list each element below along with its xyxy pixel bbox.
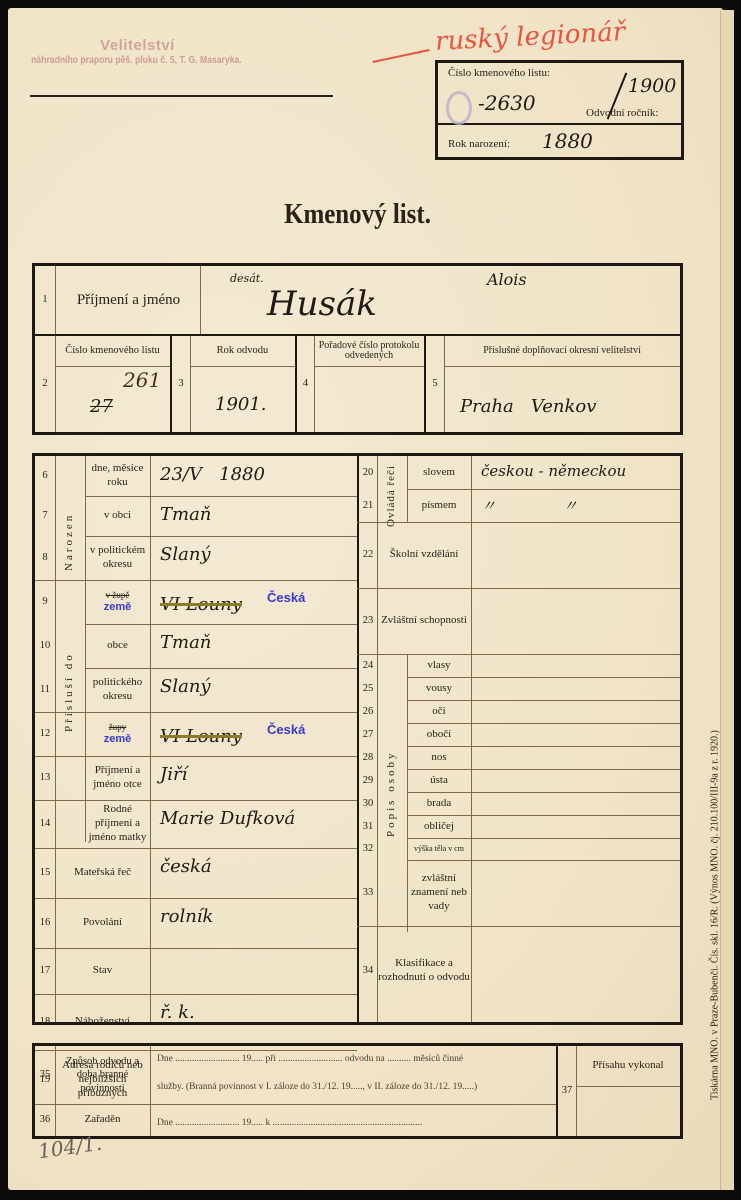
row-number: 34 [359, 926, 377, 1016]
field-label: Mateřská řeč [55, 848, 150, 898]
field-value: Slaný [160, 544, 211, 565]
row-number: 2 [35, 336, 55, 432]
field-value: Marie Dufková [160, 808, 295, 829]
rank-value: desát. [230, 272, 264, 285]
sheet-number-value: -2630 [478, 91, 536, 115]
command-stamp: Velitelství náhradního praporu pěš. pluk… [30, 38, 245, 66]
field-value: Slaný [160, 676, 211, 697]
struck-label: v župě [106, 590, 130, 601]
languages-group-label: Ovládá řeči [377, 456, 407, 536]
protocol-number-header: Pořadové číslo protokolu odvedených [314, 336, 424, 366]
field-value: rolník [160, 906, 213, 927]
field-value: česká [160, 856, 212, 877]
district-command-header: Příslušné doplňovací okresní velitelství [444, 336, 680, 366]
field-label: nos [407, 746, 471, 769]
description-group-label: Popis osoby [377, 656, 407, 932]
row-number: 9 [35, 580, 55, 624]
identity-table: 1 Příjmení a jméno desát. Husák Alois 2 … [32, 263, 683, 435]
row-number: 15 [35, 848, 55, 898]
belongs-group-label: Přísluší do [55, 628, 85, 756]
birth-year-label: Rok narození: [448, 138, 510, 150]
field-label: Příjmení a jméno otce [85, 756, 150, 800]
field-label: oči [407, 700, 471, 723]
field-label: politického okresu [85, 668, 150, 712]
district-command-cell: Praha Venkov [460, 396, 596, 417]
field-label: vousy [407, 677, 471, 700]
field-label: Náboženství [55, 994, 150, 1050]
row-number: 14 [35, 800, 55, 848]
surname-value: Husák [267, 284, 377, 324]
field-label: slovem [407, 456, 471, 489]
stamp-label: země [104, 733, 132, 747]
stamp-line-1: Velitelství [30, 38, 245, 55]
row-number: 26 [359, 700, 377, 723]
draft-year-label: Odvodní ročník: [586, 107, 658, 119]
row-number: 13 [35, 756, 55, 800]
field-label: vlasy [407, 654, 471, 677]
field-label: Zvláštní schopnosti [377, 588, 471, 654]
row-number: 4 [297, 336, 314, 432]
row-number: 31 [359, 815, 377, 838]
sheet-number-header: Číslo kmenového listu [55, 336, 170, 366]
field-label: Klasifikace a rozhodnutí o odvodu [377, 926, 471, 1016]
struck-label: župy [109, 722, 127, 733]
row-number: 23 [359, 588, 377, 654]
struck-value: VI Louny [160, 594, 242, 615]
row-number: 32 [359, 838, 377, 860]
assigned-label: Zařaděn [55, 1104, 150, 1136]
row-number: 7 [35, 496, 55, 536]
enlistment-table: 35 Způsob odvodu a doba branné povinnost… [32, 1043, 683, 1139]
birth-year-value: 1880 [542, 129, 593, 153]
row-number: 5 [426, 336, 444, 432]
registration-box: Číslo kmenového listu: -2630 1900 Odvodn… [435, 60, 684, 160]
row-number: 6 [35, 456, 55, 496]
row-number: 33 [359, 860, 377, 926]
field-label: Povolání [55, 898, 150, 948]
row-number: 16 [35, 898, 55, 948]
sheet-number-label: Číslo kmenového listu: [448, 67, 550, 79]
stamp-value: Česká [267, 590, 305, 605]
row-number: 27 [359, 723, 377, 746]
field-label: obce [85, 624, 150, 668]
row-number: 24 [359, 654, 377, 677]
field-value: ř. k. [160, 1002, 195, 1023]
row-number: 37 [558, 1046, 576, 1136]
assigned-line: Dne ........................... 19..... … [157, 1118, 422, 1128]
row-number: 1 [35, 266, 55, 334]
page-title: Kmenový list. [50, 198, 665, 231]
row-number: 8 [35, 536, 55, 580]
field-label: Stav [55, 948, 150, 994]
personal-details-table: 6dne, měsíce roku23/V 18807v obciTmaň8v … [32, 453, 683, 1025]
row-number: 22 [359, 522, 377, 588]
enlistment-method-label: Způsob odvodu a doba branné povinnosti [55, 1046, 150, 1104]
field-value: českou - německou [481, 462, 626, 480]
row-number: 25 [359, 677, 377, 700]
header-rule [30, 95, 333, 97]
stamp-label: země [104, 601, 132, 615]
region-label: župy země [85, 712, 150, 756]
draft-year-value: 1900 [628, 75, 676, 97]
row-number: 29 [359, 769, 377, 792]
field-label: písmem [407, 489, 471, 522]
field-value: 23/V 1880 [160, 464, 265, 485]
row-number: 20 [359, 456, 377, 489]
field-label: ústa [407, 769, 471, 792]
first-name-value: Alois [487, 270, 527, 289]
row-number: 12 [35, 712, 55, 756]
enlistment-line-2: služby. (Branná povinnost v I. záloze do… [157, 1082, 477, 1092]
row-number: 11 [35, 668, 55, 712]
field-label: v politickém okresu [85, 536, 150, 580]
born-group-label: Narozen [55, 456, 85, 628]
field-label: obočí [407, 723, 471, 746]
field-label: brada [407, 792, 471, 815]
field-label: dne, měsíce roku [85, 456, 150, 496]
circle-stamp-icon [446, 91, 472, 125]
row-number: 3 [172, 336, 190, 432]
draft-year-header: Rok odvodu [190, 336, 295, 366]
region-label: v župě země [85, 580, 150, 624]
row-number: 17 [35, 948, 55, 994]
field-label: výška těla v cm [407, 838, 471, 860]
printer-imprint: Tiskárna MNO. v Praze-Bubenči. Čís. skl.… [707, 640, 723, 1100]
row-number: 30 [359, 792, 377, 815]
field-label: Rodné příjmení a jméno matky [85, 800, 150, 848]
row-number: 28 [359, 746, 377, 769]
row-number: 35 [35, 1046, 55, 1104]
field-label: obličej [407, 815, 471, 838]
field-value: Tmaň [160, 504, 211, 525]
stamp-line-2: náhradního praporu pěš. pluku č. 5, T. G… [31, 55, 224, 67]
name-label: Příjmení a jméno [57, 266, 200, 334]
row-number: 18 [35, 994, 55, 1050]
struck-value: VI Louny [160, 726, 242, 747]
enlistment-line-1: Dne ........................... 19..... … [157, 1054, 463, 1064]
registration-row-sheet: Číslo kmenového listu: -2630 1900 Odvodn… [438, 63, 681, 125]
field-value: 〃 〃 [481, 495, 578, 516]
row-number: 21 [359, 489, 377, 522]
field-value: Tmaň [160, 632, 211, 653]
field-label: zvláštní znamení neb vady [407, 860, 471, 926]
field-value: Jiří [160, 764, 187, 785]
draft-year-cell: 1901. [215, 394, 267, 415]
sheet-number-cell: 261 [123, 368, 161, 392]
field-label: v obci [85, 496, 150, 536]
oath-label: Přísahu vykonal [576, 1046, 680, 1086]
stamp-value: Česká [267, 722, 305, 737]
sheet-number-struck: 27 [90, 396, 113, 417]
row-number: 10 [35, 624, 55, 668]
row-number: 36 [35, 1104, 55, 1136]
